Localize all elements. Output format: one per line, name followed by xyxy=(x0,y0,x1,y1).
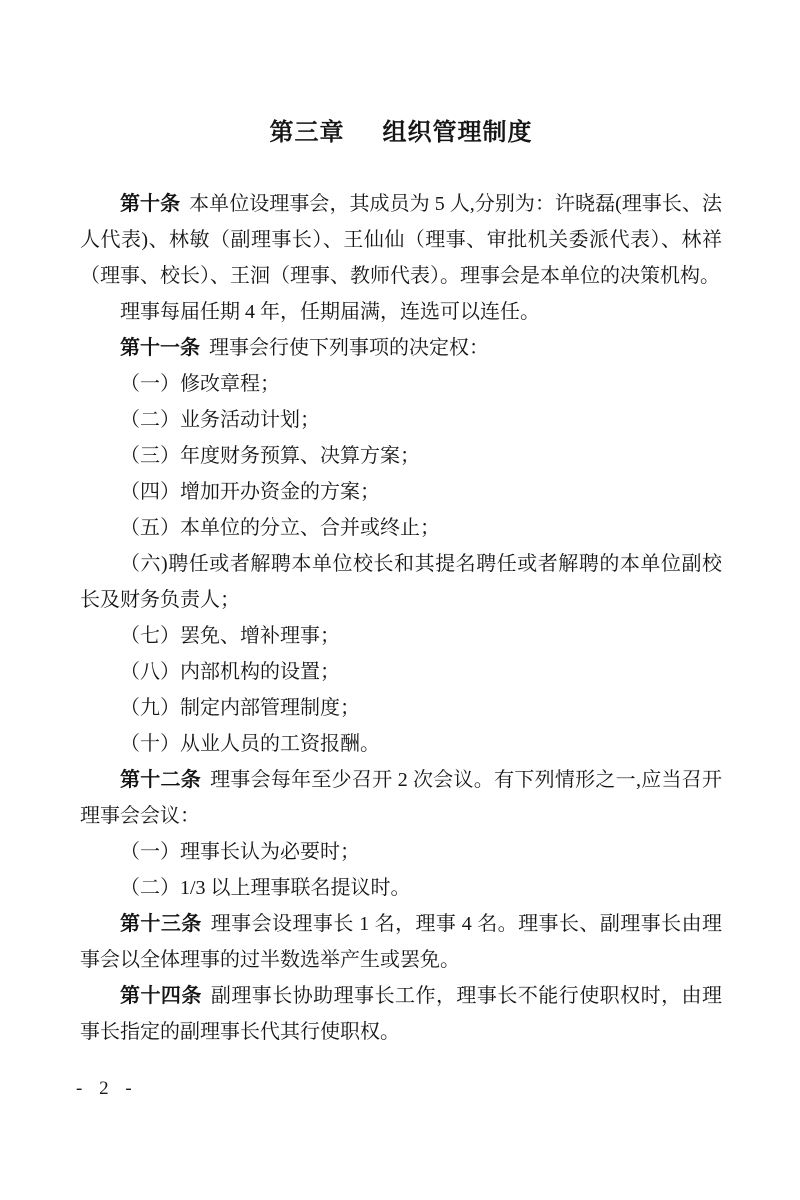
page-number: - 2 - xyxy=(76,1078,138,1100)
document-page: 第三章组织管理制度 第十条本单位设理事会，其成员为 5 人,分别为：许晓磊(理事… xyxy=(0,0,800,1200)
article-lead: 第十一条 xyxy=(120,337,200,359)
chapter-name: 组织管理制度 xyxy=(383,119,533,146)
paragraph-text: （一）修改章程； xyxy=(120,373,280,395)
article-lead: 第十三条 xyxy=(120,913,202,935)
paragraph: 第十二条理事会每年至少召开 2 次会议。有下列情形之一,应当召开理事会会议： xyxy=(80,762,722,834)
paragraph: （六)聘任或者解聘本单位校长和其提名聘任或者解聘的本单位副校长及财务负责人； xyxy=(80,546,722,618)
paragraph: 第十三条理事会设理事长 1 名，理事 4 名。理事长、副理事长由理事会以全体理事… xyxy=(80,906,722,978)
article-lead: 第十二条 xyxy=(120,769,201,791)
paragraph: 理事每届任期 4 年，任期届满，连选可以连任。 xyxy=(80,294,722,330)
paragraph-text: （九）制定内部管理制度； xyxy=(120,697,360,719)
paragraph-text: 理事会行使下列事项的决定权： xyxy=(209,337,489,359)
paragraph: （五）本单位的分立、合并或终止； xyxy=(80,510,722,546)
paragraph: 第十条本单位设理事会，其成员为 5 人,分别为：许晓磊(理事长、法人代表)、林敏… xyxy=(80,186,722,294)
paragraph: （九）制定内部管理制度； xyxy=(80,690,722,726)
paragraph: （十）从业人员的工资报酬。 xyxy=(80,726,722,762)
paragraph-text: （二）业务活动计划； xyxy=(120,409,320,431)
paragraph: （二）业务活动计划； xyxy=(80,402,722,438)
paragraph-text: （六)聘任或者解聘本单位校长和其提名聘任或者解聘的本单位副校长及财务负责人； xyxy=(80,553,722,611)
paragraph-text: （四）增加开办资金的方案； xyxy=(120,481,380,503)
paragraph-text: （七）罢免、增补理事； xyxy=(120,625,340,647)
paragraph-text: （三）年度财务预算、决算方案； xyxy=(120,445,420,467)
paragraph: 第十四条副理事长协助理事长工作，理事长不能行使职权时，由理事长指定的副理事长代其… xyxy=(80,978,722,1050)
paragraph-text: （十）从业人员的工资报酬。 xyxy=(120,733,380,755)
paragraph: （八）内部机构的设置； xyxy=(80,654,722,690)
chapter-number: 第三章 xyxy=(270,119,345,146)
paragraph: （四）增加开办资金的方案； xyxy=(80,474,722,510)
paragraph-text: （八）内部机构的设置； xyxy=(120,661,340,683)
paragraph-text: 理事每届任期 4 年，任期届满，连选可以连任。 xyxy=(120,301,540,323)
paragraph: （三）年度财务预算、决算方案； xyxy=(80,438,722,474)
paragraph-text: （五）本单位的分立、合并或终止； xyxy=(120,517,440,539)
chapter-title: 第三章组织管理制度 xyxy=(80,118,722,148)
article-lead: 第十四条 xyxy=(120,985,202,1007)
document-body: 第十条本单位设理事会，其成员为 5 人,分别为：许晓磊(理事长、法人代表)、林敏… xyxy=(80,186,722,1050)
paragraph: （一）修改章程； xyxy=(80,366,722,402)
paragraph: （七）罢免、增补理事； xyxy=(80,618,722,654)
paragraph: （一）理事长认为必要时； xyxy=(80,834,722,870)
paragraph: 第十一条理事会行使下列事项的决定权： xyxy=(80,330,722,366)
paragraph-text: （一）理事长认为必要时； xyxy=(120,841,360,863)
document-content: 第三章组织管理制度 第十条本单位设理事会，其成员为 5 人,分别为：许晓磊(理事… xyxy=(80,118,722,1050)
paragraph: （二）1/3 以上理事联名提议时。 xyxy=(80,870,722,906)
paragraph-text: （二）1/3 以上理事联名提议时。 xyxy=(120,877,411,899)
article-lead: 第十条 xyxy=(120,193,180,215)
